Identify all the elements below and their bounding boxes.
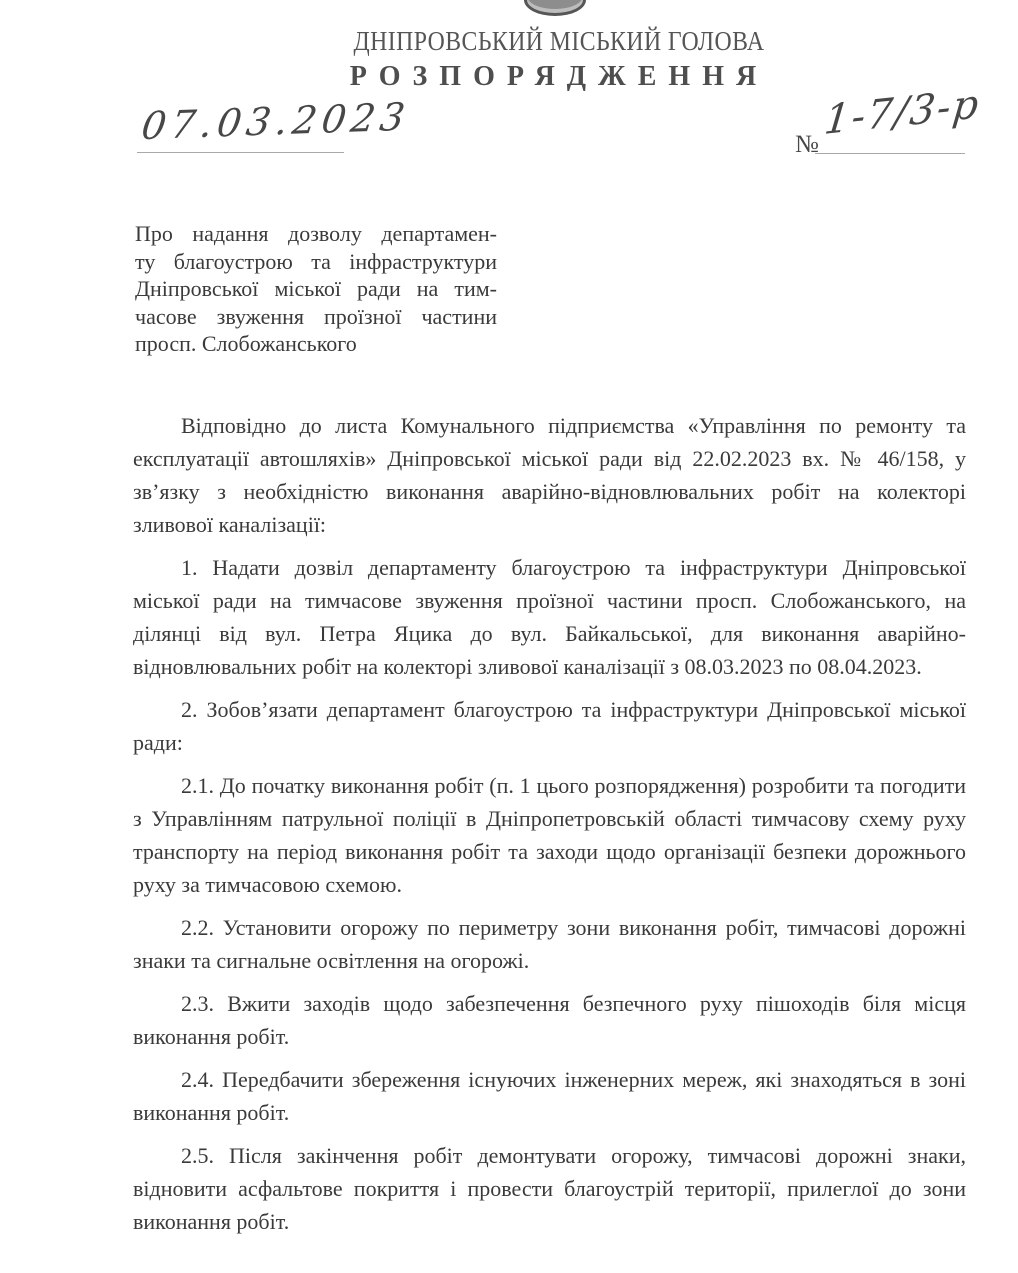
- subject-line: просп. Слобожанського: [135, 330, 497, 358]
- seal-emblem-partial-icon: [524, 0, 586, 16]
- paragraph-preamble: Відповідно до листа Комунального підприє…: [133, 409, 966, 541]
- paragraph-item-2-4: 2.4. Передбачити збереження існуючих інж…: [133, 1063, 966, 1129]
- paragraph-item-2-5: 2.5. Після закінчення робіт демонтувати …: [133, 1139, 966, 1238]
- number-underline: [815, 153, 965, 154]
- handwritten-date: 07.03.2023: [139, 95, 413, 149]
- paragraph-item-1: 1. Надати дозвіл департаменту благоустро…: [133, 551, 966, 683]
- date-underline: [137, 152, 344, 153]
- subject-line: Про надання дозволу департамен-: [135, 220, 497, 248]
- document-body: Відповідно до листа Комунального підприє…: [133, 409, 966, 1248]
- subject-line: Дніпровської міської ради на тим-: [135, 275, 497, 303]
- paragraph-item-2-1: 2.1. До початку виконання робіт (п. 1 ць…: [133, 769, 966, 901]
- subject-block: Про надання дозволу департамен- ту благо…: [135, 220, 497, 358]
- subject-line: ту благоустрою та інфраструктури: [135, 248, 497, 276]
- issuing-authority-title: ДНІПРОВСЬКИЙ МІСЬКИЙ ГОЛОВА: [155, 26, 963, 57]
- paragraph-item-2: 2. Зобов’язати департамент благоустрою т…: [133, 693, 966, 759]
- number-sign-label: №: [795, 131, 819, 159]
- document-type-title: РОЗПОРЯДЖЕННЯ: [100, 61, 1018, 93]
- paragraph-item-2-3: 2.3. Вжити заходів щодо забезпечення без…: [133, 987, 966, 1053]
- document-page: ДНІПРОВСЬКИЙ МІСЬКИЙ ГОЛОВА РОЗПОРЯДЖЕНН…: [0, 0, 1018, 1273]
- paragraph-item-2-2: 2.2. Установити огорожу по периметру зон…: [133, 911, 966, 977]
- document-header: ДНІПРОВСЬКИЙ МІСЬКИЙ ГОЛОВА РОЗПОРЯДЖЕНН…: [100, 26, 1018, 93]
- subject-line: часове звуження проїзної частини: [135, 303, 497, 331]
